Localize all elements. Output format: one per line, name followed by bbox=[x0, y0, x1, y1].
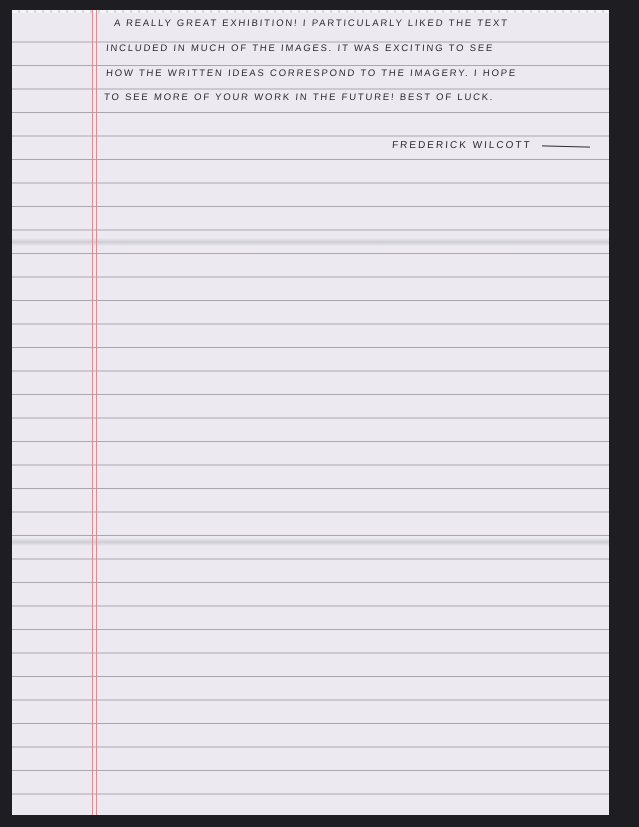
perforated-top-edge bbox=[12, 10, 609, 13]
note-line-2: included in much of the images. It was e… bbox=[106, 43, 495, 54]
note-line-1: A Really Great Exhibition! I particularl… bbox=[114, 18, 509, 29]
margin-line bbox=[92, 10, 93, 815]
note-line-4: to see more of your work in the future! … bbox=[104, 92, 495, 103]
paper-fold-crease bbox=[12, 238, 609, 246]
signature-flourish bbox=[542, 145, 590, 148]
margin-line bbox=[96, 10, 97, 815]
signature: Frederick Wilcott bbox=[392, 140, 532, 151]
note-line-3: how the written ideas correspond to the … bbox=[106, 68, 518, 79]
ruled-paper-sheet: A Really Great Exhibition! I particularl… bbox=[12, 10, 609, 815]
paper-fold-crease bbox=[12, 538, 609, 546]
